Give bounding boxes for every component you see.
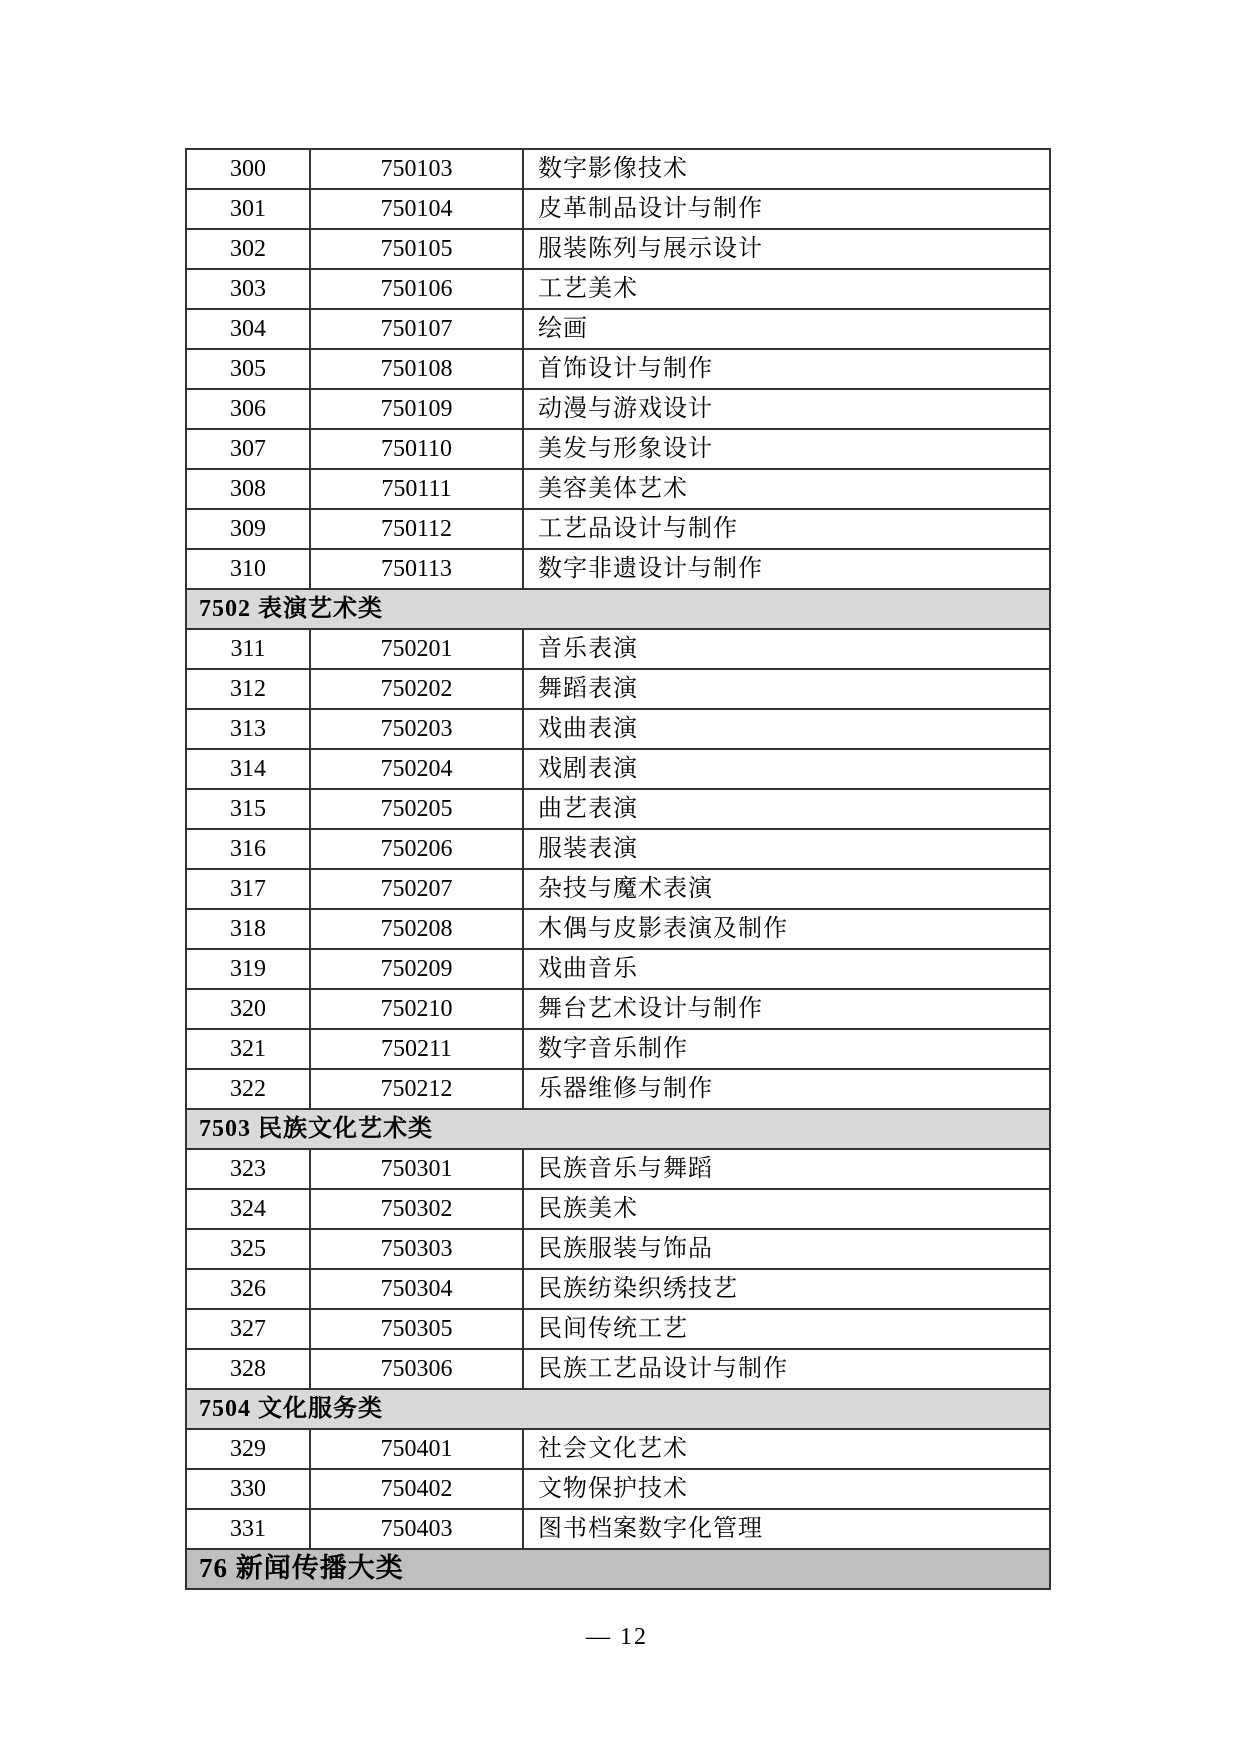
name-cell: 文物保护技术 bbox=[523, 1469, 1050, 1509]
seq-cell: 328 bbox=[186, 1349, 310, 1389]
code-cell: 750108 bbox=[310, 349, 523, 389]
table-row: 317750207杂技与魔术表演 bbox=[186, 869, 1050, 909]
code-cell: 750201 bbox=[310, 629, 523, 669]
seq-cell: 300 bbox=[186, 149, 310, 189]
name-cell: 美发与形象设计 bbox=[523, 429, 1050, 469]
name-cell: 数字影像技术 bbox=[523, 149, 1050, 189]
document-page: 300750103数字影像技术301750104皮革制品设计与制作3027501… bbox=[0, 0, 1241, 1755]
table-row: 313750203戏曲表演 bbox=[186, 709, 1050, 749]
seq-cell: 322 bbox=[186, 1069, 310, 1109]
seq-cell: 304 bbox=[186, 309, 310, 349]
seq-cell: 307 bbox=[186, 429, 310, 469]
name-cell: 服装表演 bbox=[523, 829, 1050, 869]
name-cell: 数字非遗设计与制作 bbox=[523, 549, 1050, 589]
name-cell: 民族服装与饰品 bbox=[523, 1229, 1050, 1269]
code-cell: 750205 bbox=[310, 789, 523, 829]
code-cell: 750105 bbox=[310, 229, 523, 269]
code-cell: 750103 bbox=[310, 149, 523, 189]
code-cell: 750306 bbox=[310, 1349, 523, 1389]
name-cell: 民族音乐与舞蹈 bbox=[523, 1149, 1050, 1189]
seq-cell: 311 bbox=[186, 629, 310, 669]
code-cell: 750207 bbox=[310, 869, 523, 909]
seq-cell: 303 bbox=[186, 269, 310, 309]
table-row: 318750208木偶与皮影表演及制作 bbox=[186, 909, 1050, 949]
name-cell: 民族纺染织绣技艺 bbox=[523, 1269, 1050, 1309]
name-cell: 图书档案数字化管理 bbox=[523, 1509, 1050, 1549]
table-row: 301750104皮革制品设计与制作 bbox=[186, 189, 1050, 229]
name-cell: 民族工艺品设计与制作 bbox=[523, 1349, 1050, 1389]
code-cell: 750305 bbox=[310, 1309, 523, 1349]
name-cell: 杂技与魔术表演 bbox=[523, 869, 1050, 909]
name-cell: 音乐表演 bbox=[523, 629, 1050, 669]
name-cell: 皮革制品设计与制作 bbox=[523, 189, 1050, 229]
name-cell: 美容美体艺术 bbox=[523, 469, 1050, 509]
seq-cell: 315 bbox=[186, 789, 310, 829]
name-cell: 戏曲表演 bbox=[523, 709, 1050, 749]
code-cell: 750111 bbox=[310, 469, 523, 509]
page-footer: — 12 bbox=[185, 1624, 1049, 1651]
seq-cell: 309 bbox=[186, 509, 310, 549]
name-cell: 民间传统工艺 bbox=[523, 1309, 1050, 1349]
table-row: 308750111美容美体艺术 bbox=[186, 469, 1050, 509]
seq-cell: 305 bbox=[186, 349, 310, 389]
code-cell: 750106 bbox=[310, 269, 523, 309]
page-number-label: — 12 bbox=[586, 1624, 648, 1650]
name-cell: 首饰设计与制作 bbox=[523, 349, 1050, 389]
code-cell: 750208 bbox=[310, 909, 523, 949]
table-row: 302750105服装陈列与展示设计 bbox=[186, 229, 1050, 269]
code-cell: 750202 bbox=[310, 669, 523, 709]
table-row: 303750106工艺美术 bbox=[186, 269, 1050, 309]
seq-cell: 312 bbox=[186, 669, 310, 709]
table-row: 305750108首饰设计与制作 bbox=[186, 349, 1050, 389]
section-header-label: 7502 表演艺术类 bbox=[186, 589, 1050, 629]
code-cell: 750211 bbox=[310, 1029, 523, 1069]
name-cell: 动漫与游戏设计 bbox=[523, 389, 1050, 429]
name-cell: 舞台艺术设计与制作 bbox=[523, 989, 1050, 1029]
seq-cell: 319 bbox=[186, 949, 310, 989]
table-row: 329750401社会文化艺术 bbox=[186, 1429, 1050, 1469]
table-row: 304750107绘画 bbox=[186, 309, 1050, 349]
table-row: 325750303民族服装与饰品 bbox=[186, 1229, 1050, 1269]
table-row: 330750402文物保护技术 bbox=[186, 1469, 1050, 1509]
seq-cell: 329 bbox=[186, 1429, 310, 1469]
code-cell: 750104 bbox=[310, 189, 523, 229]
code-cell: 750210 bbox=[310, 989, 523, 1029]
code-cell: 750204 bbox=[310, 749, 523, 789]
code-cell: 750302 bbox=[310, 1189, 523, 1229]
seq-cell: 327 bbox=[186, 1309, 310, 1349]
seq-cell: 301 bbox=[186, 189, 310, 229]
table-row: 321750211数字音乐制作 bbox=[186, 1029, 1050, 1069]
code-cell: 750209 bbox=[310, 949, 523, 989]
name-cell: 戏曲音乐 bbox=[523, 949, 1050, 989]
table-row: 315750205曲艺表演 bbox=[186, 789, 1050, 829]
seq-cell: 330 bbox=[186, 1469, 310, 1509]
name-cell: 民族美术 bbox=[523, 1189, 1050, 1229]
name-cell: 绘画 bbox=[523, 309, 1050, 349]
table-row: 314750204戏剧表演 bbox=[186, 749, 1050, 789]
name-cell: 工艺品设计与制作 bbox=[523, 509, 1050, 549]
subcategory-header-row: 7503 民族文化艺术类 bbox=[186, 1109, 1050, 1149]
seq-cell: 308 bbox=[186, 469, 310, 509]
code-cell: 750212 bbox=[310, 1069, 523, 1109]
table-row: 311750201音乐表演 bbox=[186, 629, 1050, 669]
code-cell: 750401 bbox=[310, 1429, 523, 1469]
seq-cell: 318 bbox=[186, 909, 310, 949]
code-cell: 750112 bbox=[310, 509, 523, 549]
name-cell: 舞蹈表演 bbox=[523, 669, 1050, 709]
code-cell: 750109 bbox=[310, 389, 523, 429]
major-codes-table: 300750103数字影像技术301750104皮革制品设计与制作3027501… bbox=[185, 148, 1051, 1590]
seq-cell: 331 bbox=[186, 1509, 310, 1549]
table-row: 324750302民族美术 bbox=[186, 1189, 1050, 1229]
code-cell: 750110 bbox=[310, 429, 523, 469]
seq-cell: 321 bbox=[186, 1029, 310, 1069]
table-row: 323750301民族音乐与舞蹈 bbox=[186, 1149, 1050, 1189]
table-row: 316750206服装表演 bbox=[186, 829, 1050, 869]
subcategory-header-row: 7502 表演艺术类 bbox=[186, 589, 1050, 629]
table-row: 326750304民族纺染织绣技艺 bbox=[186, 1269, 1050, 1309]
table-row: 306750109动漫与游戏设计 bbox=[186, 389, 1050, 429]
table-row: 331750403图书档案数字化管理 bbox=[186, 1509, 1050, 1549]
code-cell: 750301 bbox=[310, 1149, 523, 1189]
name-cell: 木偶与皮影表演及制作 bbox=[523, 909, 1050, 949]
seq-cell: 324 bbox=[186, 1189, 310, 1229]
table-row: 328750306民族工艺品设计与制作 bbox=[186, 1349, 1050, 1389]
seq-cell: 323 bbox=[186, 1149, 310, 1189]
name-cell: 乐器维修与制作 bbox=[523, 1069, 1050, 1109]
code-cell: 750203 bbox=[310, 709, 523, 749]
seq-cell: 306 bbox=[186, 389, 310, 429]
name-cell: 工艺美术 bbox=[523, 269, 1050, 309]
code-cell: 750303 bbox=[310, 1229, 523, 1269]
code-cell: 750206 bbox=[310, 829, 523, 869]
table-row: 310750113数字非遗设计与制作 bbox=[186, 549, 1050, 589]
seq-cell: 316 bbox=[186, 829, 310, 869]
table-row: 322750212乐器维修与制作 bbox=[186, 1069, 1050, 1109]
major-category-header-row: 76 新闻传播大类 bbox=[186, 1549, 1050, 1589]
name-cell: 曲艺表演 bbox=[523, 789, 1050, 829]
code-cell: 750403 bbox=[310, 1509, 523, 1549]
name-cell: 社会文化艺术 bbox=[523, 1429, 1050, 1469]
seq-cell: 326 bbox=[186, 1269, 310, 1309]
name-cell: 戏剧表演 bbox=[523, 749, 1050, 789]
name-cell: 数字音乐制作 bbox=[523, 1029, 1050, 1069]
name-cell: 服装陈列与展示设计 bbox=[523, 229, 1050, 269]
seq-cell: 314 bbox=[186, 749, 310, 789]
seq-cell: 313 bbox=[186, 709, 310, 749]
subcategory-header-row: 7504 文化服务类 bbox=[186, 1389, 1050, 1429]
code-cell: 750304 bbox=[310, 1269, 523, 1309]
seq-cell: 325 bbox=[186, 1229, 310, 1269]
seq-cell: 320 bbox=[186, 989, 310, 1029]
section-header-label: 76 新闻传播大类 bbox=[186, 1549, 1050, 1589]
seq-cell: 310 bbox=[186, 549, 310, 589]
code-cell: 750402 bbox=[310, 1469, 523, 1509]
seq-cell: 302 bbox=[186, 229, 310, 269]
seq-cell: 317 bbox=[186, 869, 310, 909]
code-cell: 750113 bbox=[310, 549, 523, 589]
table-row: 319750209戏曲音乐 bbox=[186, 949, 1050, 989]
section-header-label: 7503 民族文化艺术类 bbox=[186, 1109, 1050, 1149]
table-row: 327750305民间传统工艺 bbox=[186, 1309, 1050, 1349]
table-row: 307750110美发与形象设计 bbox=[186, 429, 1050, 469]
table-row: 309750112工艺品设计与制作 bbox=[186, 509, 1050, 549]
table-row: 312750202舞蹈表演 bbox=[186, 669, 1050, 709]
table-row: 320750210舞台艺术设计与制作 bbox=[186, 989, 1050, 1029]
code-cell: 750107 bbox=[310, 309, 523, 349]
table-row: 300750103数字影像技术 bbox=[186, 149, 1050, 189]
table-body: 300750103数字影像技术301750104皮革制品设计与制作3027501… bbox=[186, 149, 1050, 1589]
section-header-label: 7504 文化服务类 bbox=[186, 1389, 1050, 1429]
